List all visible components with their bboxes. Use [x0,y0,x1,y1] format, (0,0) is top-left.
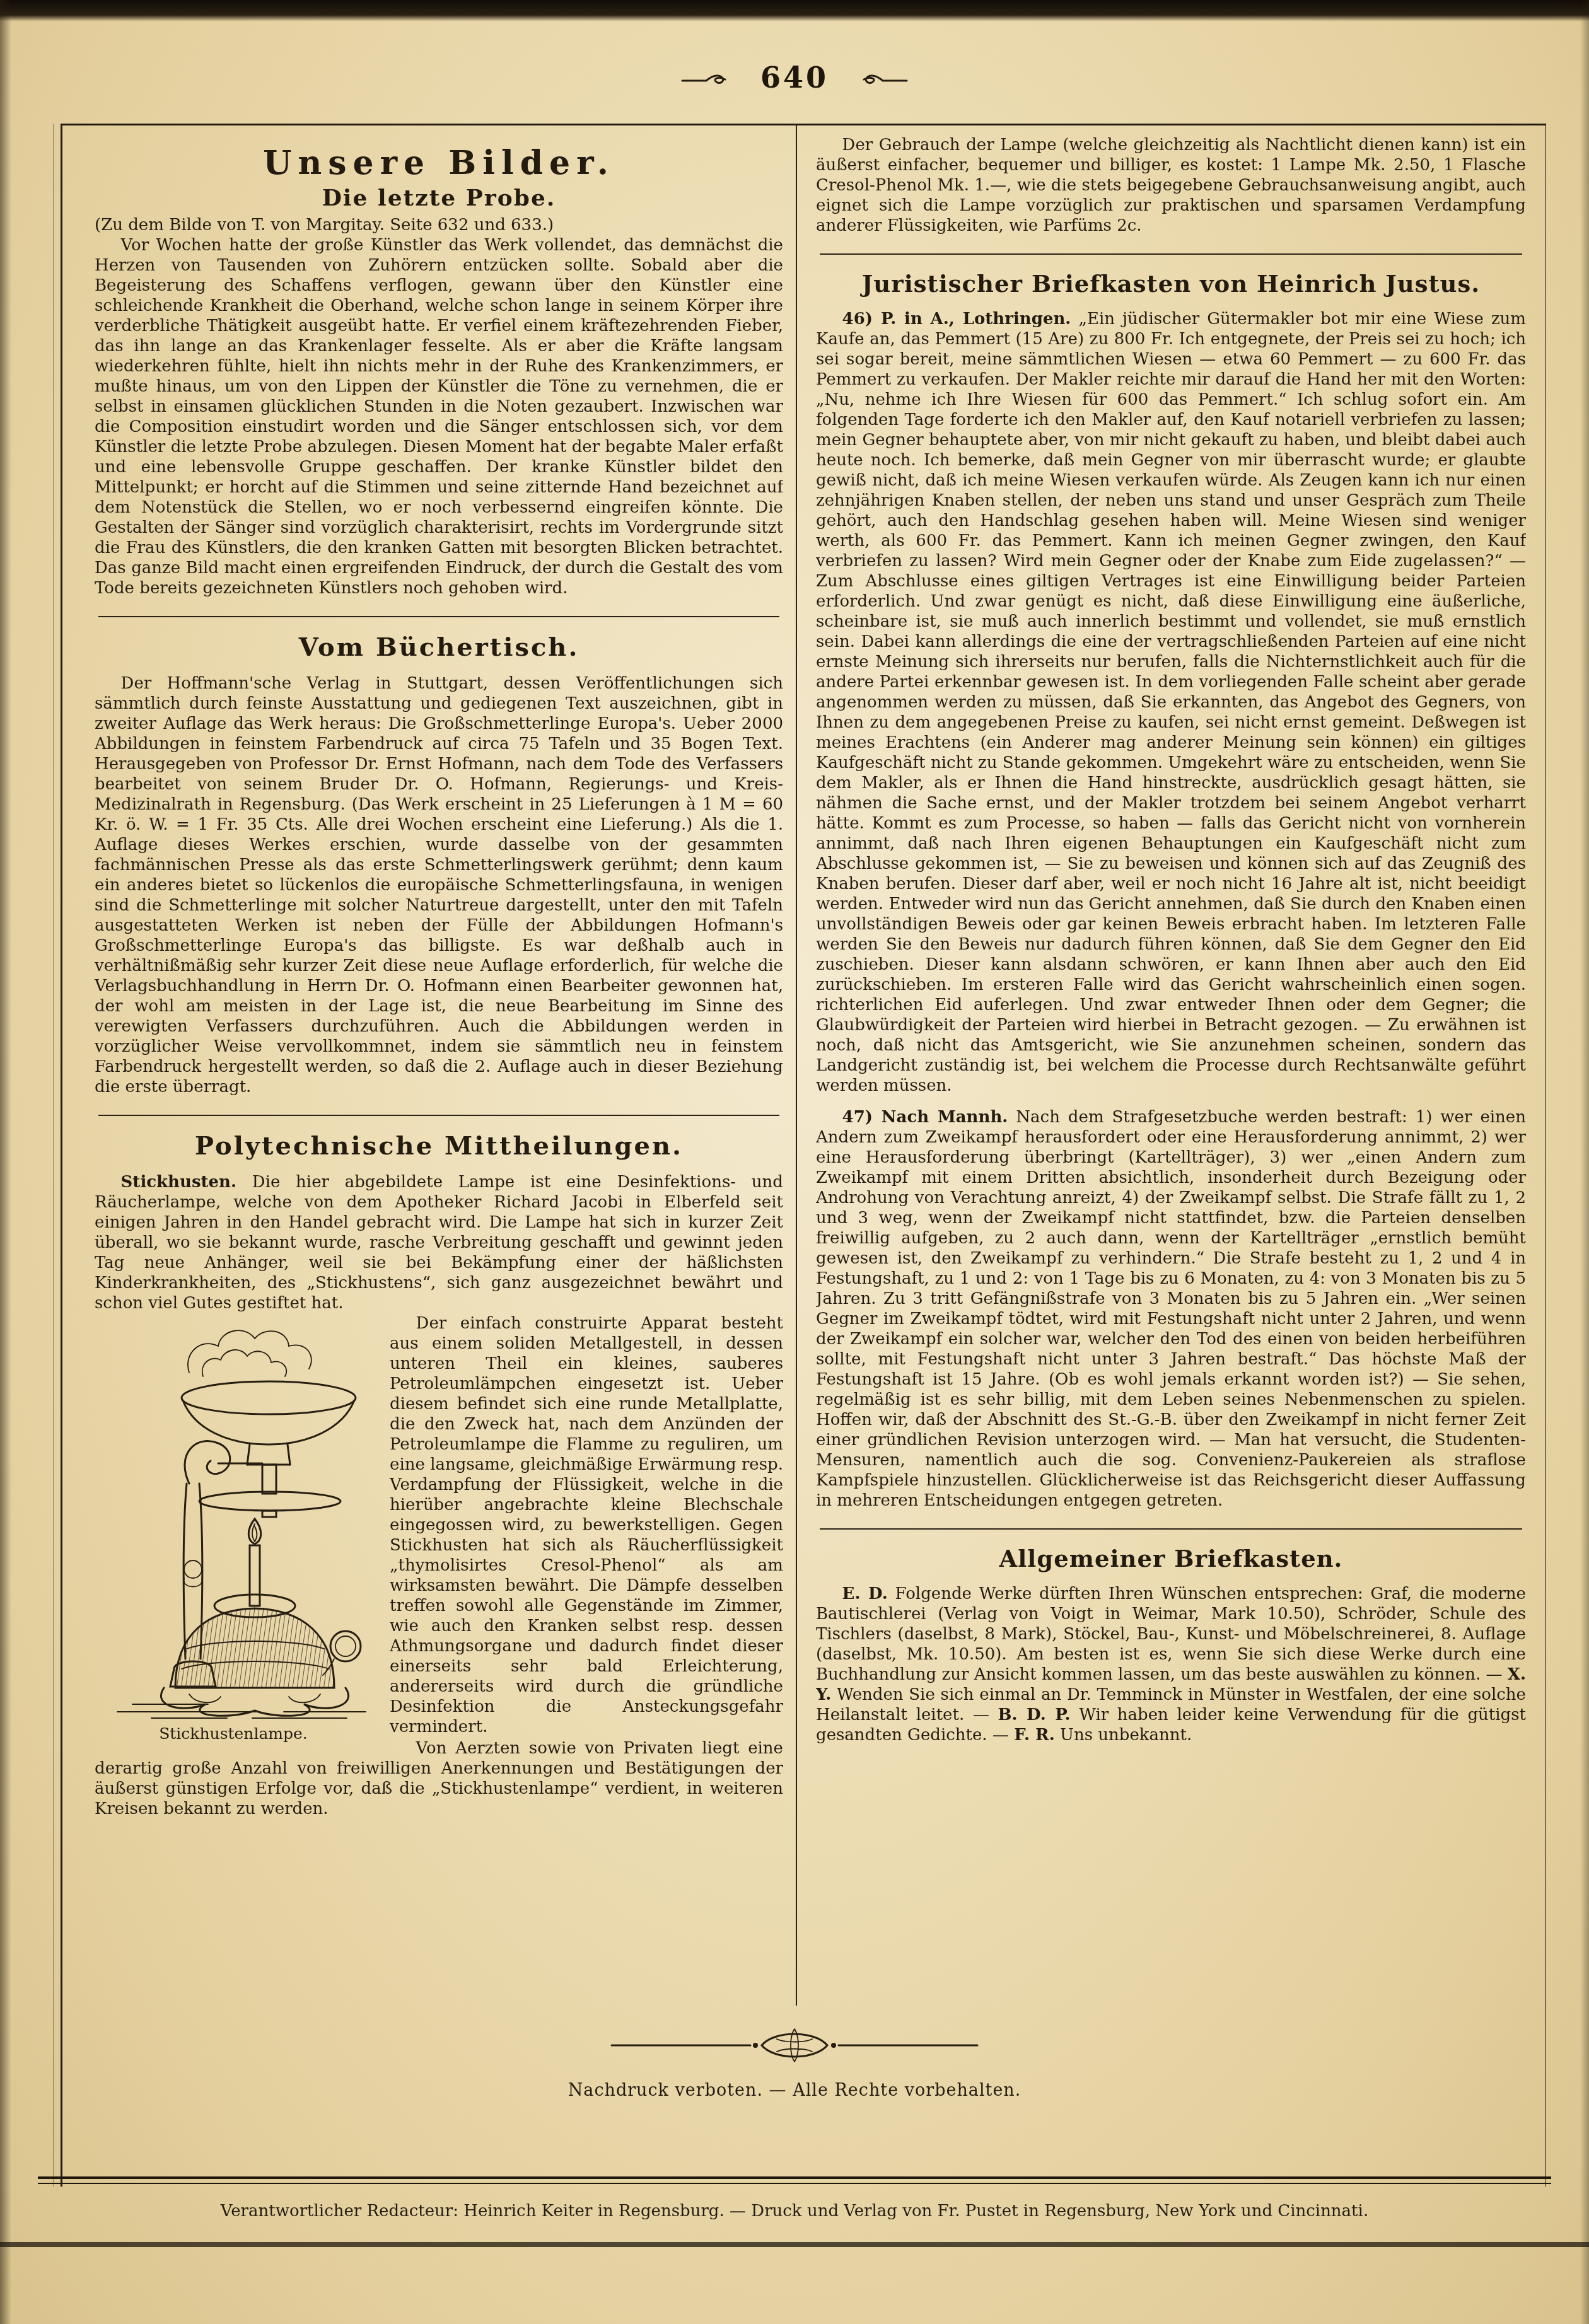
scan-edge-right [1580,0,1589,2324]
seg4-lead: F. R. [1014,1726,1055,1745]
item-47-text: Nach dem Strafgesetzbuche werden bestraf… [816,1108,1526,1510]
stickhustenlampe-illustration [95,1318,372,1722]
article-buechertisch-title: Vom Büchertisch. [95,632,783,662]
seg3-lead: B. D. P. [998,1705,1071,1724]
rights-notice: Nachdruck verboten. — Alle Rechte vorbeh… [0,2081,1589,2100]
right-flourish-icon [863,71,908,90]
article-unsere-bilder-subtitle: Die letzte Probe. [95,185,783,211]
scan-edge-bottom [0,2242,1589,2247]
footer-bottom-rule [38,2183,1551,2184]
stickhusten-lead: Stickhusten. [121,1173,236,1192]
item-46-lead: 46) P. in A., Lothringen. [842,310,1071,328]
page-number: 640 [760,61,829,95]
footer-top-rule [38,2176,1551,2179]
scan-edge-left [0,0,11,2324]
content-frame-left-rule [61,124,62,2187]
section-ornament-icon [593,2025,996,2065]
juristischer-briefkasten-title: Juristischer Briefkasten von Heinrich Ju… [816,270,1526,298]
figure-caption: Stickhustenlampe. [95,1724,372,1743]
seg1-text: Folgende Werke dürften Ihren Wünschen en… [816,1584,1526,1684]
left-column: Unsere Bilder. Die letzte Probe. (Zu dem… [95,135,783,2026]
briefkasten-item-46: 46) P. in A., Lothringen. „Ein jüdischer… [816,309,1526,1096]
item-47-lead: 47) Nach Mannh. [842,1108,1008,1127]
allgemeiner-briefkasten-text: E. D. Folgende Werke dürften Ihren Wünsc… [816,1584,1526,1745]
section-divider-rule [820,1528,1522,1530]
polytechnisch-body-with-figure: Stickhustenlampe. Der einfach construirt… [95,1313,783,1819]
scan-edge-top [0,0,1589,21]
article-unsere-bilder-byline: (Zu dem Bilde von T. von Margitay. Seite… [95,215,783,235]
content-frame-right-rule [1545,124,1546,2187]
content-frame-top-rule [61,124,1546,125]
right-column: Der Gebrauch der Lampe (welche gleichzei… [816,135,1526,2026]
imprint-line: Verantwortlicher Redacteur: Heinrich Kei… [0,2202,1589,2221]
column-divider-rule [796,124,797,2006]
seg1-lead: E. D. [842,1584,888,1603]
newspaper-page: 640 Unsere Bilder. Die letzte Probe. (Zu… [0,0,1589,2324]
item-46-text: „Ein jüdischer Gütermakler bot mir eine … [816,310,1526,1095]
article-polytechnisch-title: Polytechnische Mittheilungen. [95,1131,783,1161]
content-frame-left-shadow-rule [53,124,54,2187]
section-divider-rule [98,1115,779,1116]
left-flourish-icon [681,71,726,90]
article-buechertisch-body: Der Hoffmann'sche Verlag in Stuttgart, d… [95,673,783,1097]
article-polytechnisch-body3: Von Aerzten sowie von Privaten liegt ein… [95,1738,783,1819]
allgemeiner-briefkasten-title: Allgemeiner Briefkasten. [816,1545,1526,1572]
article-unsere-bilder-title: Unsere Bilder. [95,145,783,181]
lamp-usage-paragraph: Der Gebrauch der Lampe (welche gleichzei… [816,135,1526,236]
section-divider-rule [820,253,1522,255]
section-divider-rule [98,616,779,617]
stickhusten-intro-text: Die hier abgebildete Lampe ist eine Desi… [95,1173,783,1313]
bottom-ornament [0,2025,1589,2068]
stickhustenlampe-figure: Stickhustenlampe. [95,1318,372,1743]
page-header: 640 [0,61,1589,95]
article-unsere-bilder-body: Vor Wochen hatte der große Künstler das … [95,235,783,598]
juristischer-briefkasten-items: 46) P. in A., Lothringen. „Ein jüdischer… [816,309,1526,1511]
briefkasten-item-47: 47) Nach Mannh. Nach dem Strafgesetzbuch… [816,1107,1526,1511]
seg4-text: Uns unbekannt. [1055,1726,1192,1745]
article-polytechnisch-intro: Stickhusten. Die hier abgebildete Lampe … [95,1172,783,1313]
